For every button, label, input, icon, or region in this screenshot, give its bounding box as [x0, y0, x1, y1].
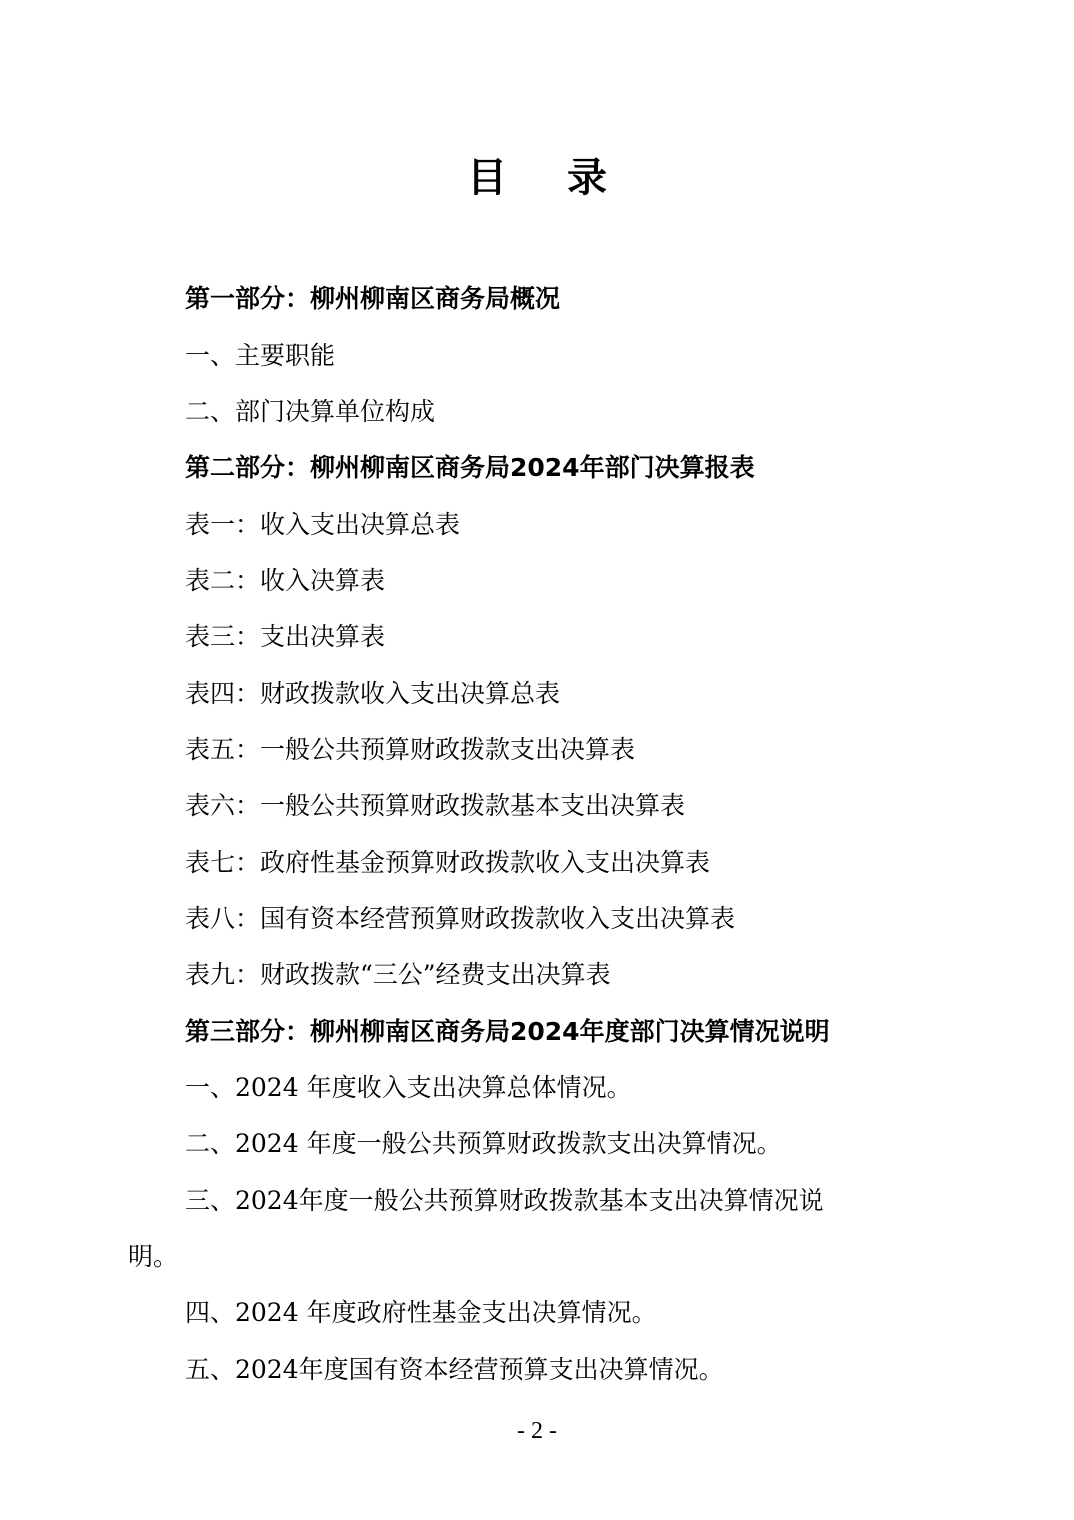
- toc-entry: 表八：国有资本经营预算财政拨款收入支出决算表: [185, 906, 735, 931]
- toc-entry: 五、2024年度国有资本经营预算支出决算情况。: [185, 1357, 724, 1382]
- toc-entry: 一、主要职能: [185, 343, 335, 368]
- title-char-2: 录: [567, 146, 607, 203]
- toc-entry: 表九：财政拨款“三公”经费支出决算表: [185, 962, 611, 987]
- toc-entry: 表七：政府性基金预算财政拨款收入支出决算表: [185, 850, 710, 875]
- toc-section-heading: 第二部分：柳州柳南区商务局2024年部门决算报表: [185, 455, 755, 480]
- toc-entry: 表四：财政拨款收入支出决算总表: [185, 681, 560, 706]
- title-char-1: 目: [467, 146, 507, 203]
- toc-entry: 表五：一般公共预算财政拨款支出决算表: [185, 737, 635, 762]
- toc-entry: 表三：支出决算表: [185, 624, 385, 649]
- toc-section-heading: 第三部分：柳州柳南区商务局2024年度部门决算情况说明: [185, 1019, 830, 1044]
- toc-entry: 明。: [128, 1244, 178, 1269]
- toc-entry: 表二：收入决算表: [185, 568, 385, 593]
- toc-entry: 一、2024 年度收入支出决算总体情况。: [185, 1075, 632, 1100]
- toc-entry: 二、部门决算单位构成: [185, 399, 435, 424]
- page-number: - 2 -: [0, 1418, 1074, 1445]
- toc-entry: 表六：一般公共预算财政拨款基本支出决算表: [185, 793, 685, 818]
- toc-entry: 表一：收入支出决算总表: [185, 512, 460, 537]
- page-title: 目录: [0, 146, 1074, 203]
- toc-section-heading: 第一部分：柳州柳南区商务局概况: [185, 286, 560, 311]
- toc-entry: 三、2024年度一般公共预算财政拨款基本支出决算情况说: [185, 1188, 824, 1213]
- toc-entry: 四、2024 年度政府性基金支出决算情况。: [185, 1300, 657, 1325]
- toc-entry: 二、2024 年度一般公共预算财政拨款支出决算情况。: [185, 1131, 782, 1156]
